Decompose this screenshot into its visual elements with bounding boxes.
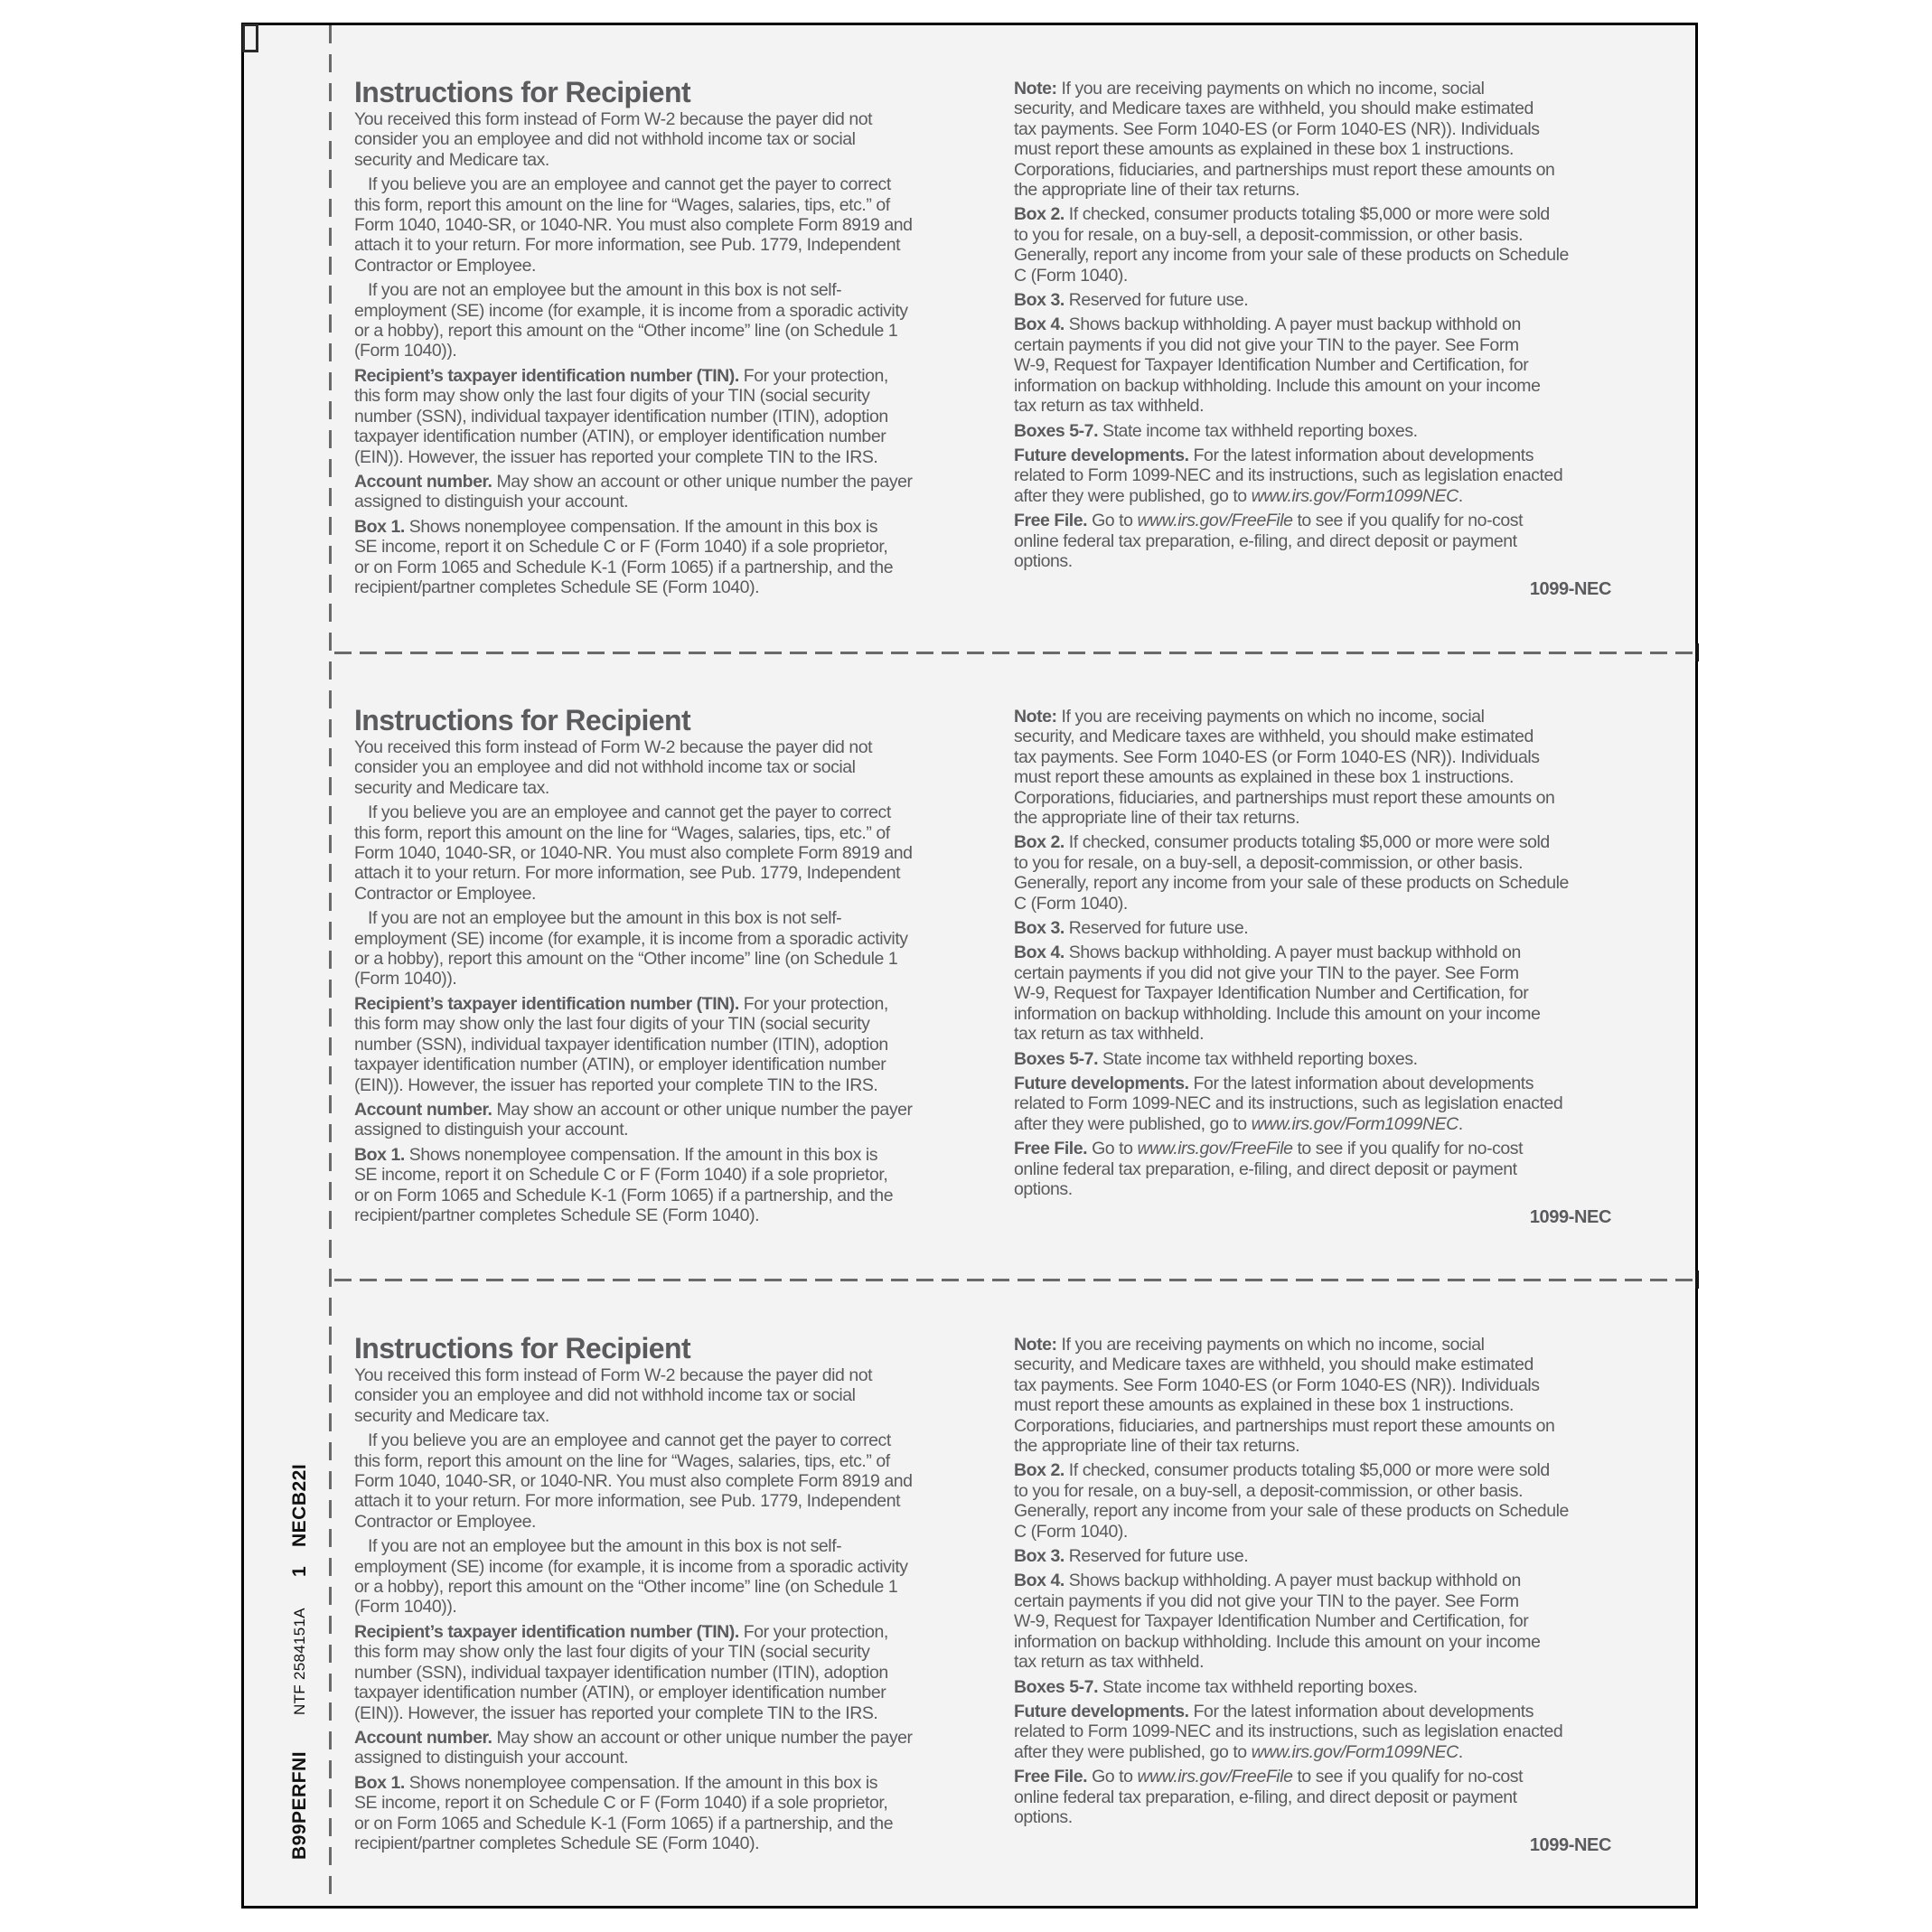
right-column: Note: If you are receiving payments on w… bbox=[1014, 1335, 1628, 1832]
right-column: Note: If you are receiving payments on w… bbox=[1014, 707, 1628, 1204]
paragraph-boxes-5-7: Boxes 5-7. State income tax withheld rep… bbox=[1014, 1049, 1628, 1069]
paragraph-employee: If you believe you are an employee and c… bbox=[354, 1430, 969, 1532]
paragraph-box3: Box 3. Reserved for future use. bbox=[1014, 290, 1628, 310]
paragraph-tin: Recipient’s taxpayer identification numb… bbox=[354, 1622, 969, 1723]
left-column: Instructions for Recipient You received … bbox=[354, 76, 969, 602]
paragraph-employee: If you believe you are an employee and c… bbox=[354, 802, 969, 904]
paragraph-boxes-5-7: Boxes 5-7. State income tax withheld rep… bbox=[1014, 421, 1628, 441]
paragraph-note: Note: If you are receiving payments on w… bbox=[1014, 707, 1628, 828]
paragraph-box3: Box 3. Reserved for future use. bbox=[1014, 918, 1628, 938]
left-column: Instructions for Recipient You received … bbox=[354, 1332, 969, 1858]
right-column: Note: If you are receiving payments on w… bbox=[1014, 79, 1628, 576]
freefile-label: Free File. bbox=[1014, 1767, 1087, 1787]
future-label: Future developments. bbox=[1014, 1702, 1189, 1721]
boxes57-label: Boxes 5-7. bbox=[1014, 421, 1098, 441]
future-label: Future developments. bbox=[1014, 1074, 1189, 1093]
form1099nec-link[interactable]: www.irs.gov/Form1099NEC bbox=[1252, 486, 1458, 506]
tin-label: Recipient’s taxpayer identification numb… bbox=[354, 994, 739, 1014]
recipient-instructions-copy: Instructions for Recipient You received … bbox=[0, 628, 1932, 1256]
box3-label: Box 3. bbox=[1014, 918, 1064, 938]
box2-label: Box 2. bbox=[1014, 1460, 1064, 1480]
paragraph-not-employee: If you are not an employee but the amoun… bbox=[354, 908, 969, 989]
paragraph-box2: Box 2. If checked, consumer products tot… bbox=[1014, 832, 1628, 914]
future-label: Future developments. bbox=[1014, 445, 1189, 465]
paragraph-free-file: Free File. Go to www.irs.gov/FreeFile to… bbox=[1014, 1767, 1628, 1827]
paragraph-not-employee: If you are not an employee but the amoun… bbox=[354, 1536, 969, 1618]
side-code-copy-number: 1 bbox=[289, 1566, 311, 1577]
account-label: Account number. bbox=[354, 1100, 492, 1120]
paragraph-not-employee: If you are not an employee but the amoun… bbox=[354, 280, 969, 361]
paragraph-free-file: Free File. Go to www.irs.gov/FreeFile to… bbox=[1014, 511, 1628, 571]
form1099nec-link[interactable]: www.irs.gov/Form1099NEC bbox=[1252, 1742, 1458, 1762]
paragraph-box4: Box 4. Shows backup withholding. A payer… bbox=[1014, 943, 1628, 1044]
section-heading: Instructions for Recipient bbox=[354, 76, 969, 108]
form-id-label: 1099-NEC bbox=[1464, 1207, 1611, 1228]
paragraph-boxes-5-7: Boxes 5-7. State income tax withheld rep… bbox=[1014, 1677, 1628, 1697]
boxes57-label: Boxes 5-7. bbox=[1014, 1049, 1098, 1069]
form-id-label: 1099-NEC bbox=[1464, 1835, 1611, 1856]
paragraph-future-developments: Future developments. For the latest info… bbox=[1014, 1702, 1628, 1762]
freefile-link[interactable]: www.irs.gov/FreeFile bbox=[1138, 511, 1293, 530]
freefile-link[interactable]: www.irs.gov/FreeFile bbox=[1138, 1139, 1293, 1158]
note-label: Note: bbox=[1014, 707, 1057, 727]
paragraph-box3: Box 3. Reserved for future use. bbox=[1014, 1546, 1628, 1566]
freefile-label: Free File. bbox=[1014, 511, 1087, 530]
paragraph-employee: If you believe you are an employee and c… bbox=[354, 174, 969, 276]
paragraph-future-developments: Future developments. For the latest info… bbox=[1014, 1074, 1628, 1134]
paragraph-box1: Box 1. Shows nonemployee compensation. I… bbox=[354, 517, 969, 598]
paragraph-tin: Recipient’s taxpayer identification numb… bbox=[354, 366, 969, 467]
box3-label: Box 3. bbox=[1014, 290, 1064, 310]
side-code-b99perfni: B99PERFNI bbox=[289, 1751, 311, 1860]
paragraph-note: Note: If you are receiving payments on w… bbox=[1014, 1335, 1628, 1456]
paragraph-box2: Box 2. If checked, consumer products tot… bbox=[1014, 1460, 1628, 1542]
paragraph-tin: Recipient’s taxpayer identification numb… bbox=[354, 994, 969, 1095]
paragraph-account-number: Account number. May show an account or o… bbox=[354, 1728, 969, 1768]
tin-label: Recipient’s taxpayer identification numb… bbox=[354, 1622, 739, 1642]
paragraph-account-number: Account number. May show an account or o… bbox=[354, 472, 969, 512]
account-label: Account number. bbox=[354, 472, 492, 492]
box4-label: Box 4. bbox=[1014, 314, 1064, 334]
paragraph-note: Note: If you are receiving payments on w… bbox=[1014, 79, 1628, 200]
box1-label: Box 1. bbox=[354, 1773, 405, 1793]
paragraph-free-file: Free File. Go to www.irs.gov/FreeFile to… bbox=[1014, 1139, 1628, 1199]
account-label: Account number. bbox=[354, 1728, 492, 1748]
side-code-ntf: NTF 2584151A bbox=[291, 1608, 309, 1715]
form1099nec-link[interactable]: www.irs.gov/Form1099NEC bbox=[1252, 1114, 1458, 1134]
paragraph-box4: Box 4. Shows backup withholding. A payer… bbox=[1014, 1571, 1628, 1672]
paragraph-box2: Box 2. If checked, consumer products tot… bbox=[1014, 204, 1628, 286]
paragraph-future-developments: Future developments. For the latest info… bbox=[1014, 445, 1628, 506]
paragraph-box4: Box 4. Shows backup withholding. A payer… bbox=[1014, 314, 1628, 416]
paragraph-account-number: Account number. May show an account or o… bbox=[354, 1100, 969, 1140]
form-id-label: 1099-NEC bbox=[1464, 579, 1611, 600]
note-label: Note: bbox=[1014, 79, 1057, 98]
tin-label: Recipient’s taxpayer identification numb… bbox=[354, 366, 739, 386]
box2-label: Box 2. bbox=[1014, 204, 1064, 224]
box3-label: Box 3. bbox=[1014, 1546, 1064, 1566]
recipient-instructions-copy: Instructions for Recipient You received … bbox=[0, 0, 1932, 628]
freefile-label: Free File. bbox=[1014, 1139, 1087, 1158]
paragraph-intro: You received this form instead of Form W… bbox=[354, 109, 969, 170]
boxes57-label: Boxes 5-7. bbox=[1014, 1677, 1098, 1697]
section-heading: Instructions for Recipient bbox=[354, 1332, 969, 1365]
box1-label: Box 1. bbox=[354, 1145, 405, 1165]
note-label: Note: bbox=[1014, 1335, 1057, 1355]
paragraph-intro: You received this form instead of Form W… bbox=[354, 1365, 969, 1426]
section-heading: Instructions for Recipient bbox=[354, 704, 969, 736]
left-column: Instructions for Recipient You received … bbox=[354, 704, 969, 1230]
paragraph-box1: Box 1. Shows nonemployee compensation. I… bbox=[354, 1145, 969, 1226]
box4-label: Box 4. bbox=[1014, 1571, 1064, 1590]
freefile-link[interactable]: www.irs.gov/FreeFile bbox=[1138, 1767, 1293, 1787]
side-code-necb22i: NECB22I bbox=[289, 1464, 311, 1547]
paragraph-intro: You received this form instead of Form W… bbox=[354, 737, 969, 798]
box4-label: Box 4. bbox=[1014, 943, 1064, 962]
box2-label: Box 2. bbox=[1014, 832, 1064, 852]
paragraph-box1: Box 1. Shows nonemployee compensation. I… bbox=[354, 1773, 969, 1854]
box1-label: Box 1. bbox=[354, 517, 405, 537]
